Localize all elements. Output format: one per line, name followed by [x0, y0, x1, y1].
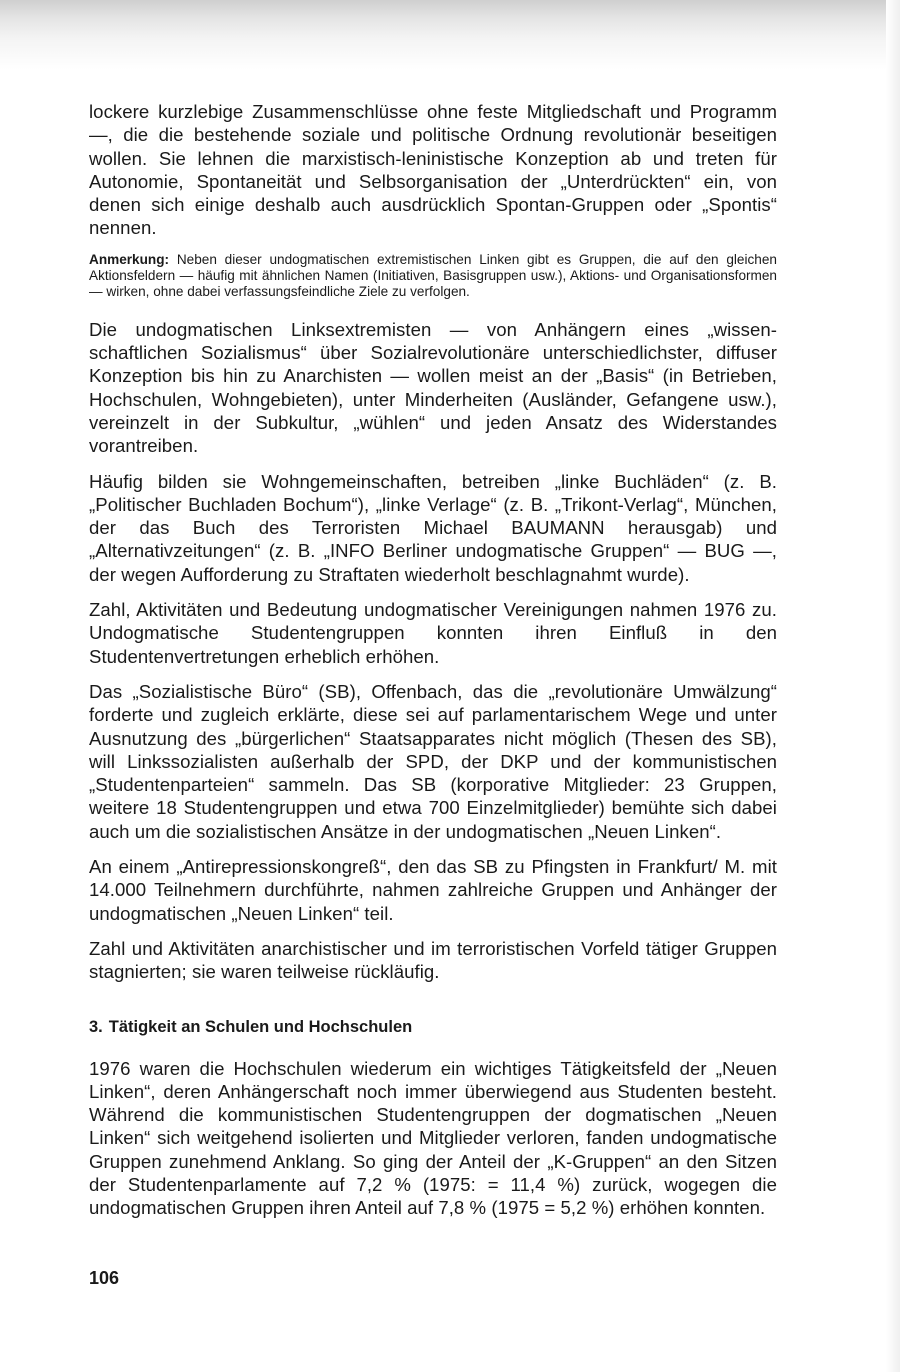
- paragraph-anarchist-groups: Zahl und Aktivitäten anarchistischer und…: [89, 937, 777, 984]
- section-number: 3.: [89, 1018, 103, 1036]
- document-page: lockere kurzlebige Zusammenschlüsse ohne…: [89, 100, 777, 1232]
- paragraph-undogmatic-extremists: Die undogmatischen Linksextremisten — vo…: [89, 318, 777, 458]
- note-label: Anmerkung:: [89, 252, 169, 267]
- paragraph-communes-bookshops: Häufig bilden sie Wohngemeinschaften, be…: [89, 470, 777, 586]
- paragraph-numbers-1976: Zahl, Aktivitäten und Bedeutung undogmat…: [89, 598, 777, 668]
- section-title: Tätigkeit an Schulen und Hochschulen: [109, 1018, 412, 1036]
- page-number: 106: [89, 1268, 119, 1289]
- annotation-note: Anmerkung: Neben dieser undogmatischen e…: [89, 252, 777, 300]
- paragraph-antirepression-congress: An einem „Antirepressionskongreß“, den d…: [89, 855, 777, 925]
- paragraph-sozialistisches-buero: Das „Sozialistische Büro“ (SB), Offenbac…: [89, 680, 777, 843]
- section-heading: 3.Tätigkeit an Schulen und Hochschulen: [89, 1018, 777, 1037]
- scan-shadow-top: [0, 0, 900, 70]
- paragraph-spontis: lockere kurzlebige Zusammenschlüsse ohne…: [89, 100, 777, 240]
- paragraph-universities: 1976 waren die Hochschulen wiederum ein …: [89, 1057, 777, 1220]
- note-text: Neben dieser undogmatischen extremistisc…: [89, 252, 777, 299]
- scan-shadow-right: [886, 0, 900, 1372]
